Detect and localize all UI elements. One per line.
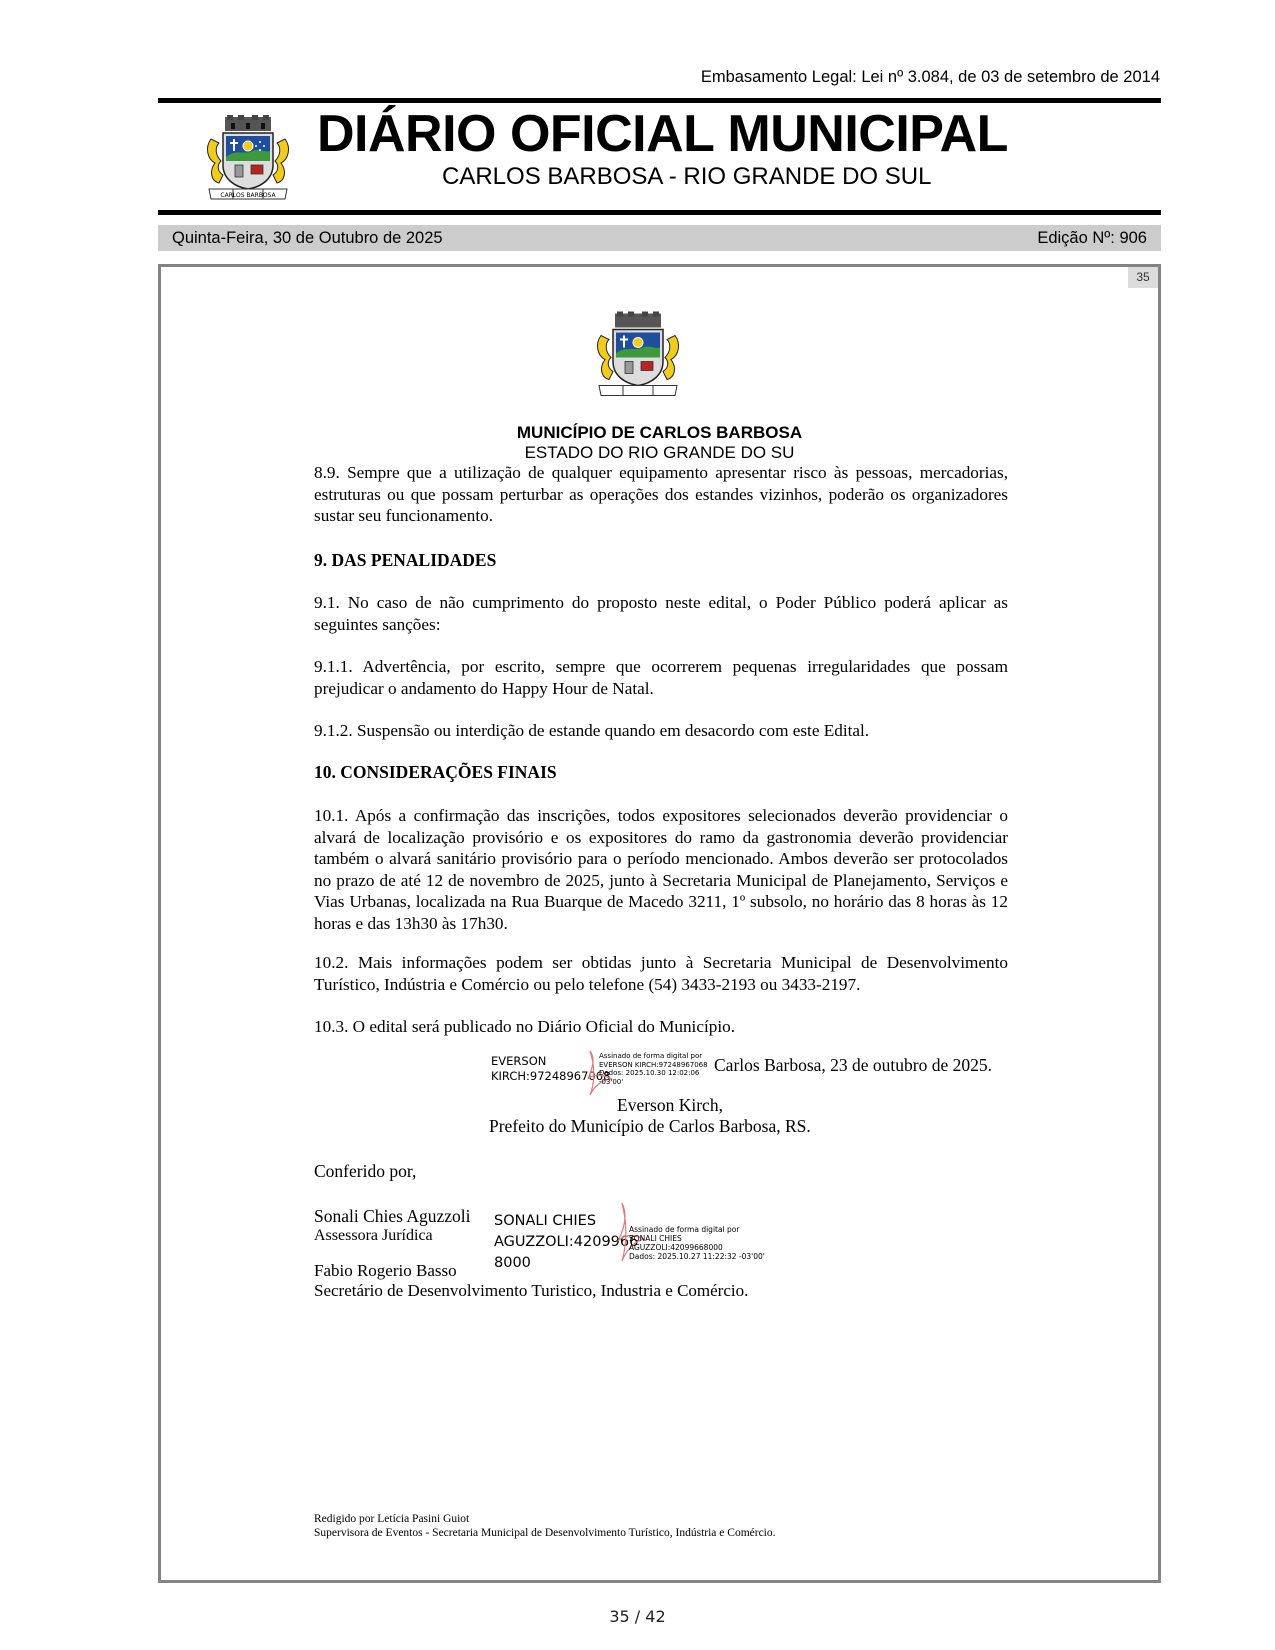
- stamp-line: Assinado de forma digital por: [629, 1225, 789, 1234]
- secretary-role: Secretário de Desenvolvimento Turistico,…: [314, 1281, 748, 1301]
- stamp-line: EVERSON KIRCH:97248967068: [599, 1061, 719, 1070]
- legal-advisor-name: Sonali Chies Aguzzoli: [314, 1206, 471, 1227]
- stamp-line: Dados: 2025.10.27 11:22:32 -03'00': [629, 1252, 789, 1261]
- paragraph-9-1: 9.1. No caso de não cumprimento do propo…: [314, 592, 1008, 635]
- header-rule-bottom: [158, 210, 1161, 215]
- legal-advisor-role: Assessora Jurídica: [314, 1227, 433, 1245]
- municipal-crest-icon: CARLOS BARBOSA: [205, 115, 291, 202]
- page-title: DIÁRIO OFICIAL MUNICIPAL: [317, 108, 1008, 160]
- mayor-role: Prefeito do Município de Carlos Barbosa,…: [489, 1116, 811, 1137]
- section-heading-10: 10. CONSIDERAÇÕES FINAIS: [314, 762, 557, 783]
- stamp-line: SONALI CHIES: [629, 1234, 789, 1243]
- stamp-line: AGUZZOLI:42099668000: [629, 1243, 789, 1252]
- checked-by-label: Conferido por,: [314, 1161, 416, 1182]
- mayor-name: Everson Kirch,: [617, 1095, 723, 1116]
- municipal-crest-icon: [595, 311, 681, 399]
- drafted-by: Redigido por Letícia Pasini Guiot: [314, 1513, 469, 1525]
- svg-text:CARLOS BARBOSA: CARLOS BARBOSA: [220, 192, 276, 199]
- stamp-line: Dados: 2025.10.30 12:02:06: [599, 1069, 719, 1078]
- paragraph-10-1: 10.1. Após a confirmação das inscrições,…: [314, 805, 1008, 934]
- date-edition-bar: Quinta-Feira, 30 de Outubro de 2025 Ediç…: [158, 225, 1161, 251]
- legal-basis: Embasamento Legal: Lei nº 3.084, de 03 d…: [701, 68, 1160, 87]
- drafter-role: Supervisora de Eventos - Secretaria Muni…: [314, 1527, 776, 1539]
- municipality-heading: MUNICÍPIO DE CARLOS BARBOSA: [161, 423, 1158, 443]
- section-heading-9: 9. DAS PENALIDADES: [314, 550, 496, 571]
- page-number-badge: 35: [1128, 267, 1158, 288]
- stamp-line: -03'00': [599, 1078, 719, 1087]
- paragraph-10-3: 10.3. O edital será publicado no Diário …: [314, 1016, 1008, 1038]
- paragraph-9-1-2: 9.1.2. Suspensão ou interdição de estand…: [314, 720, 1008, 742]
- header-rule-top: [158, 98, 1161, 103]
- paragraph-8-9: 8.9. Sempre que a utilização de qualquer…: [314, 462, 1008, 527]
- mayor-signature-stamp: Assinado de forma digital por EVERSON KI…: [599, 1052, 719, 1086]
- place-and-date: Carlos Barbosa, 23 de outubro de 2025.: [714, 1055, 992, 1076]
- state-heading: ESTADO DO RIO GRANDE DO SU: [161, 443, 1158, 463]
- page-indicator: 35 / 42: [0, 1607, 1275, 1626]
- document-page: 35 MUNICÍPIO DE CARLOS BARBOSA ESTADO DO…: [158, 264, 1161, 1583]
- paragraph-10-2: 10.2. Mais informações podem ser obtidas…: [314, 952, 1008, 995]
- stamp-line: Assinado de forma digital por: [599, 1052, 719, 1061]
- secretary-name: Fabio Rogerio Basso: [314, 1261, 457, 1281]
- page-subtitle: CARLOS BARBOSA - RIO GRANDE DO SUL: [442, 165, 931, 189]
- publication-date: Quinta-Feira, 30 de Outubro de 2025: [172, 229, 443, 248]
- legal-advisor-signature-stamp: Assinado de forma digital por SONALI CHI…: [629, 1225, 789, 1261]
- edition-number: Edição Nº: 906: [1037, 229, 1147, 248]
- paragraph-9-1-1: 9.1.1. Advertência, por escrito, sempre …: [314, 656, 1008, 699]
